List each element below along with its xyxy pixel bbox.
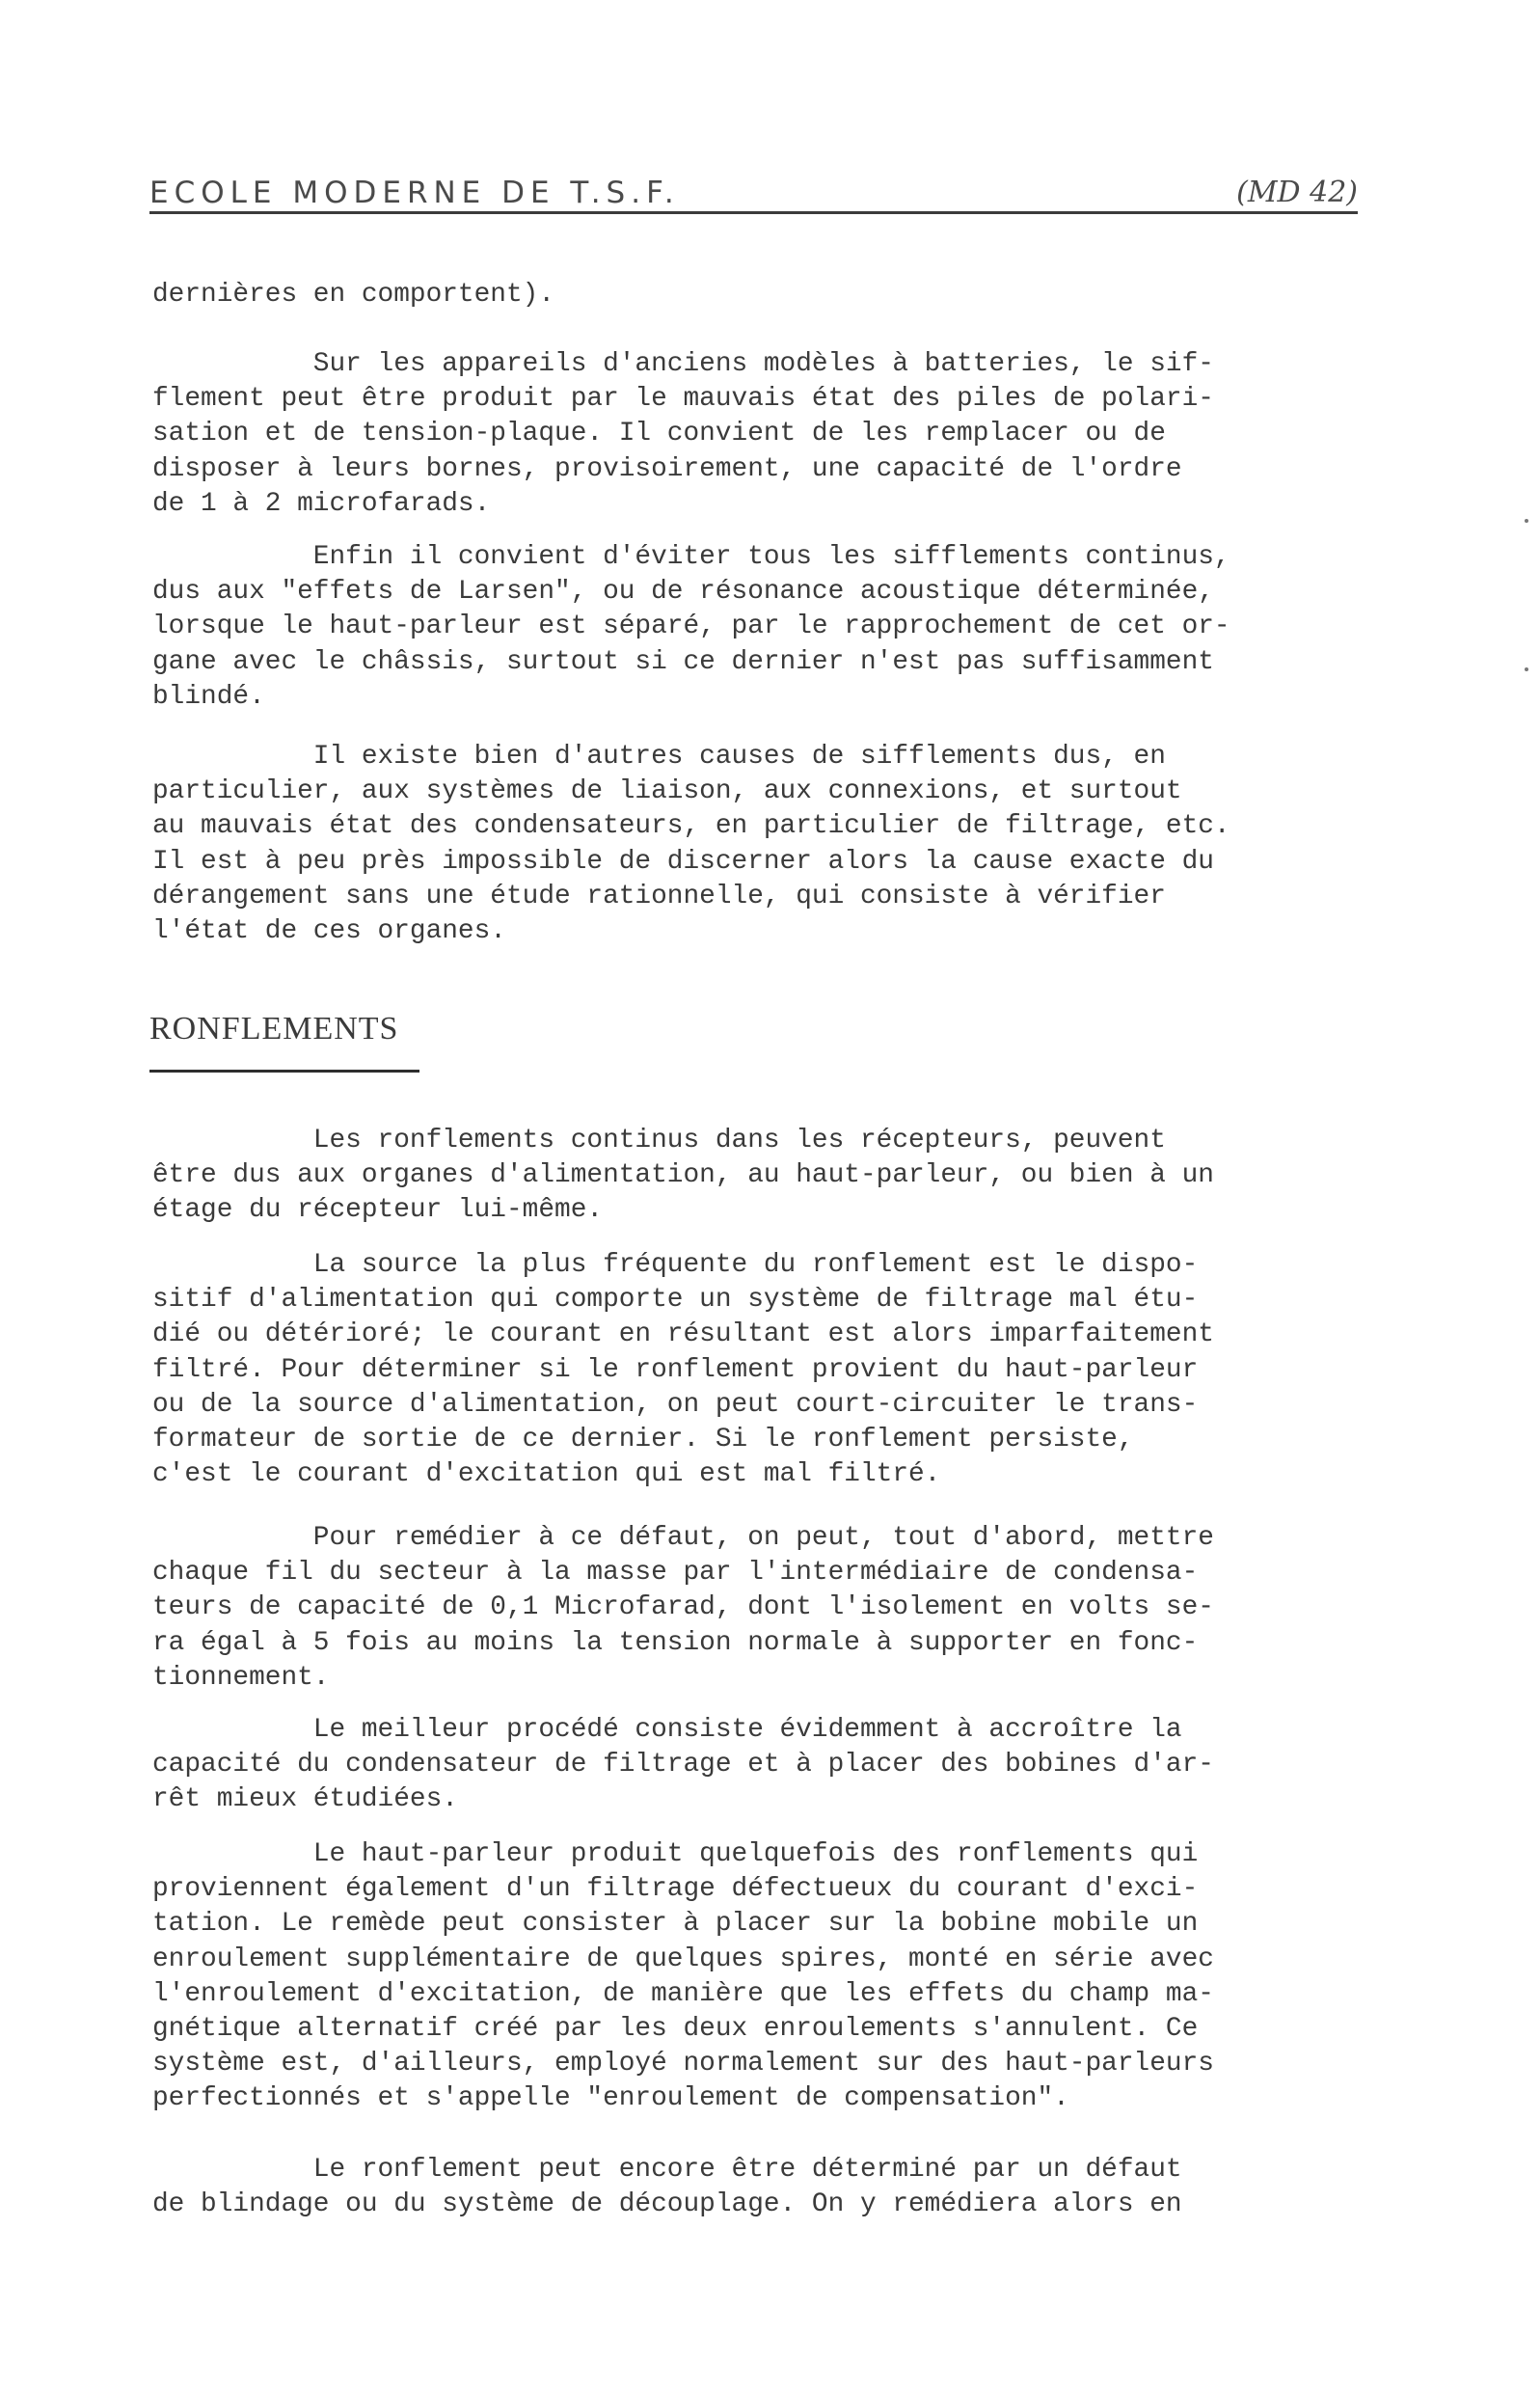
paragraph-other-causes: Il existe bien d'autres causes de siffle… <box>152 740 1358 949</box>
school-title: ECOLE MODERNE DE T.S.F. <box>149 176 680 210</box>
paragraph-best-procedure: Le meilleur procédé consiste évidemment … <box>152 1713 1358 1818</box>
section-heading-underline <box>149 1070 419 1073</box>
section-heading: RONFLEMENTS <box>149 1011 398 1047</box>
paragraph-remedy-condensers: Pour remédier à ce défaut, on peut, tout… <box>152 1521 1358 1696</box>
paragraph-batteries: Sur les appareils d'anciens modèles à ba… <box>152 347 1358 522</box>
scan-speck <box>1525 667 1528 671</box>
paragraph-loudspeaker: Le haut-parleur produit quelquefois des … <box>152 1837 1358 2117</box>
document-code: (MD 42) <box>1236 176 1358 209</box>
paragraph-ronflements-intro: Les ronflements continus dans les récept… <box>152 1124 1358 1229</box>
paragraph-shielding: Le ronflement peut encore être déterminé… <box>152 2153 1358 2222</box>
paragraph-continuation: dernières en comportent). <box>152 278 1358 313</box>
paragraph-larsen: Enfin il convient d'éviter tous les siff… <box>152 540 1358 715</box>
header-rule <box>149 211 1358 214</box>
paragraph-alimentation: La source la plus fréquente du ronflemen… <box>152 1248 1358 1492</box>
scan-speck <box>1525 519 1528 523</box>
